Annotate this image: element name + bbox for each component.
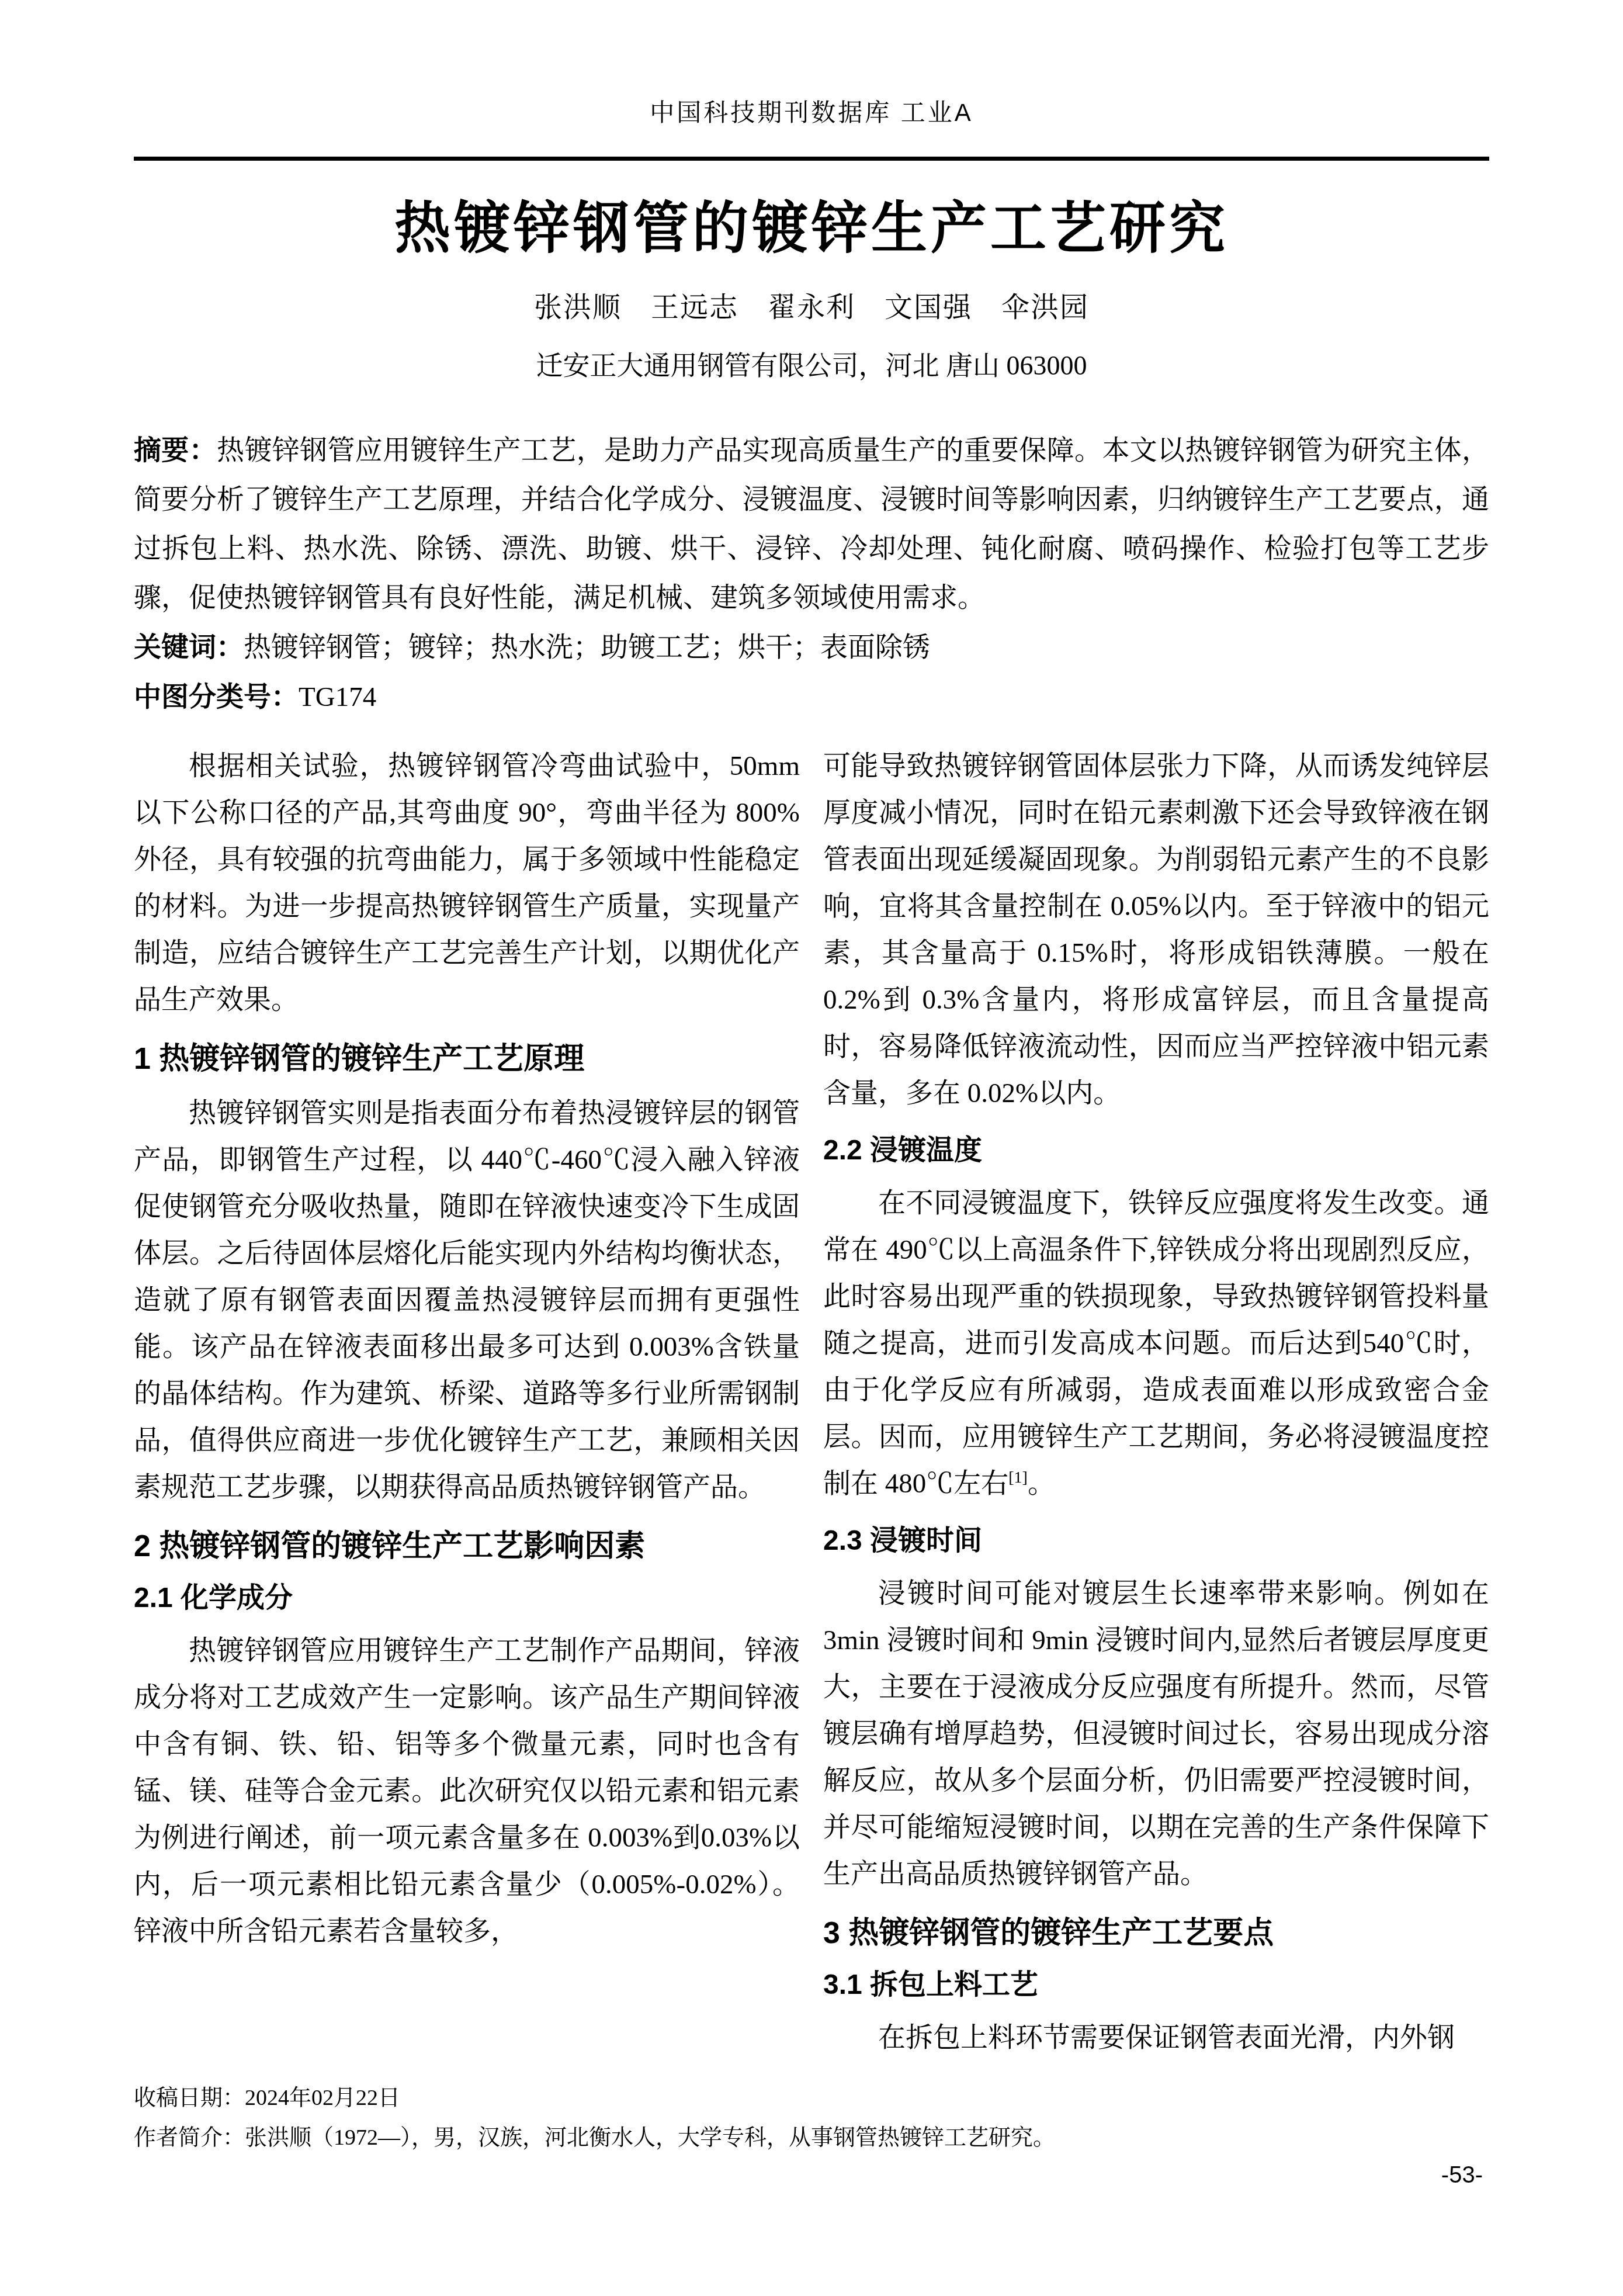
journal-header: 中国科技期刊数据库 工业A (134, 98, 1489, 127)
left-column: 根据相关试验，热镀锌钢管冷弯曲试验中，50mm以下公称口径的产品,其弯曲度 90… (134, 743, 800, 2061)
footnote-bio-line: 作者简介：张洪顺（1972—），男，汉族，河北衡水人，大学专科，从事钢管热镀锌工… (134, 2118, 1489, 2158)
paper-page: 中国科技期刊数据库 工业A 热镀锌钢管的镀锌生产工艺研究 张洪顺 王远志 翟永利… (0, 0, 1623, 2296)
paragraph-chemical-composition-cont: 可能导致热镀锌钢管固体层张力下降，从而诱发纯锌层厚度减小情况，同时在铅元素刺激下… (823, 743, 1489, 1117)
keywords-row: 关键词：热镀锌钢管；镀锌；热水洗；助镀工艺；烘干；表面除锈 (134, 622, 1489, 672)
page-number: -53- (1441, 2162, 1483, 2188)
paper-title: 热镀锌钢管的镀锌生产工艺研究 (134, 195, 1489, 262)
clc-value: TG174 (299, 682, 376, 712)
paragraph-intro: 根据相关试验，热镀锌钢管冷弯曲试验中，50mm以下公称口径的产品,其弯曲度 90… (134, 743, 800, 1023)
abstract-label: 摘要： (134, 434, 217, 465)
paragraph-dipping-temperature: 在不同浸镀温度下，铁锌反应强度将发生改变。通常在 490℃以上高温条件下,锌铁成… (823, 1180, 1489, 1507)
section-heading-3-1: 3.1 拆包上料工艺 (823, 1968, 1489, 2003)
section-heading-1: 1 热镀锌钢管的镀锌生产工艺原理 (134, 1041, 800, 1077)
footnote-bio-value: 张洪顺（1972—），男，汉族，河北衡水人，大学专科，从事钢管热镀锌工艺研究。 (245, 2125, 1055, 2150)
footnote-received-label: 收稿日期： (134, 2086, 245, 2110)
body-columns: 根据相关试验，热镀锌钢管冷弯曲试验中，50mm以下公称口径的产品,其弯曲度 90… (134, 743, 1489, 2061)
header-rule-divider (134, 157, 1489, 161)
keywords-text: 热镀锌钢管；镀锌；热水洗；助镀工艺；烘干；表面除锈 (244, 632, 930, 663)
paragraph-principle: 热镀锌钢管实则是指表面分布着热浸镀锌层的钢管产品，即钢管生产过程，以 440℃-… (134, 1090, 800, 1511)
abstract-row: 摘要：热镀锌钢管应用镀锌生产工艺，是助力产品实现高质量生产的重要保障。本文以热镀… (134, 425, 1489, 622)
paragraph-dipping-time: 浸镀时间可能对镀层生长速率带来影响。例如在3min 浸镀时间和 9min 浸镀时… (823, 1570, 1489, 1897)
section-heading-2-2: 2.2 浸镀温度 (823, 1133, 1489, 1168)
clc-label: 中图分类号： (134, 681, 299, 712)
footnote: 收稿日期：2024年02月22日 作者简介：张洪顺（1972—），男，汉族，河北… (134, 2078, 1489, 2158)
abstract-text: 热镀锌钢管应用镀锌生产工艺，是助力产品实现高质量生产的重要保障。本文以热镀锌钢管… (134, 435, 1489, 613)
page-content: 中国科技期刊数据库 工业A 热镀锌钢管的镀锌生产工艺研究 张洪顺 王远志 翟永利… (0, 0, 1623, 2061)
clc-row: 中图分类号：TG174 (134, 672, 1489, 722)
authors-line: 张洪顺 王远志 翟永利 文国强 伞洪园 (134, 290, 1489, 326)
section-heading-2: 2 热镀锌钢管的镀锌生产工艺影响因素 (134, 1528, 800, 1564)
section-heading-2-3: 2.3 浸镀时间 (823, 1523, 1489, 1559)
paragraph-dipping-temperature-text: 在不同浸镀温度下，铁锌反应强度将发生改变。通常在 490℃以上高温条件下,锌铁成… (823, 1188, 1489, 1499)
front-matter: 摘要：热镀锌钢管应用镀锌生产工艺，是助力产品实现高质量生产的重要保障。本文以热镀… (134, 425, 1489, 722)
footnote-received-value: 2024年02月22日 (245, 2086, 400, 2110)
right-column: 可能导致热镀锌钢管固体层张力下降，从而诱发纯锌层厚度减小情况，同时在铅元素刺激下… (823, 743, 1489, 2061)
citation-ref-1: [1] (1008, 1469, 1028, 1487)
footnote-bio-label: 作者简介： (134, 2125, 245, 2150)
keywords-label: 关键词： (134, 631, 244, 662)
section-heading-3: 3 热镀锌钢管的镀锌生产工艺要点 (823, 1915, 1489, 1951)
section-heading-2-1: 2.1 化学成分 (134, 1581, 800, 1616)
footnote-received-line: 收稿日期：2024年02月22日 (134, 2078, 1489, 2118)
paragraph-dipping-temperature-tail: 。 (1028, 1469, 1055, 1499)
affiliation-line: 迁安正大通用钢管有限公司，河北 唐山 063000 (134, 348, 1489, 383)
paragraph-chemical-composition: 热镀锌钢管应用镀锌生产工艺制作产品期间，锌液成分将对工艺成效产生一定影响。该产品… (134, 1627, 800, 1955)
paragraph-unpacking-feeding: 在拆包上料环节需要保证钢管表面光滑，内外钢 (823, 2014, 1489, 2061)
